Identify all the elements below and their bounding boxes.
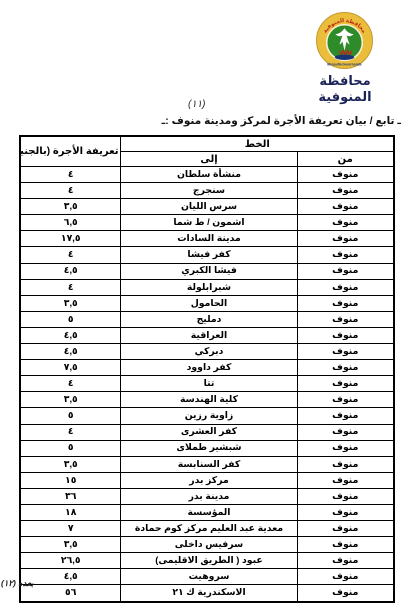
table-row: منوفمدينة السادات١٧,٥: [20, 231, 394, 247]
fare-cell: ١٧,٥: [20, 231, 121, 247]
fare-cell: ٣,٥: [20, 537, 121, 553]
from-cell: منوف: [297, 247, 394, 263]
to-cell: الاسكندرية ك ٢١: [121, 585, 297, 602]
table-row: منوفكفر السنابسة٣,٥: [20, 456, 394, 472]
governorate-emblem-icon: محافظة المنوفية Menoufia Governorate: [316, 12, 373, 69]
to-cell: سروهيت: [121, 569, 297, 585]
table-row: منوفاشمون / ط شما٦,٥: [20, 215, 394, 231]
table-header-row-1: الخط تعريفة الأجرة (بالجنيه): [20, 136, 394, 152]
header-fare: تعريفة الأجرة (بالجنيه): [20, 136, 121, 167]
to-cell: الحامول: [121, 295, 297, 311]
table-row: منوفمعدية عبد العليم مركز كوم حمادة٧: [20, 521, 394, 537]
fare-table: الخط تعريفة الأجرة (بالجنيه) من إلى منوف…: [19, 135, 395, 603]
menoufia-governorate-logo: محافظة المنوفية Menoufia Governorate: [316, 12, 373, 69]
from-cell: منوف: [297, 183, 394, 199]
to-cell: شبرابلولة: [121, 279, 297, 295]
to-cell: عبود ( الطريق الاقليمى): [121, 553, 297, 569]
fare-cell: ٣,٥: [20, 392, 121, 408]
fare-cell: ٣,٥: [20, 295, 121, 311]
fare-cell: ٤: [20, 424, 121, 440]
table-row: منوفالمؤسسة١٨: [20, 504, 394, 520]
header-from: من: [297, 152, 394, 167]
from-cell: منوف: [297, 215, 394, 231]
from-cell: منوف: [297, 167, 394, 183]
from-cell: منوف: [297, 392, 394, 408]
fare-cell: ٤: [20, 376, 121, 392]
table-row: منوفشبشير طملاى٥: [20, 440, 394, 456]
from-cell: منوف: [297, 360, 394, 376]
to-cell: دبركي: [121, 344, 297, 360]
to-cell: اشمون / ط شما: [121, 215, 297, 231]
fare-cell: ١٥: [20, 472, 121, 488]
to-cell: العراقية: [121, 327, 297, 343]
from-cell: منوف: [297, 569, 394, 585]
to-cell: زاوية رزين: [121, 408, 297, 424]
to-cell: كفر داوود: [121, 360, 297, 376]
fare-cell: ٧,٥: [20, 360, 121, 376]
governorate-title: محافظة المنوفية: [295, 73, 395, 105]
table-row: منوفكفر العشرى٤: [20, 424, 394, 440]
from-cell: منوف: [297, 199, 394, 215]
fare-cell: ٥: [20, 311, 121, 327]
from-cell: منوف: [297, 504, 394, 520]
from-cell: منوف: [297, 376, 394, 392]
from-cell: منوف: [297, 408, 394, 424]
to-cell: المؤسسة: [121, 504, 297, 520]
table-row: منوفدمليج٥: [20, 311, 394, 327]
table-row: منوفعبود ( الطريق الاقليمى)٢٦,٥: [20, 553, 394, 569]
from-cell: منوف: [297, 279, 394, 295]
table-row: منوفدبركي٤,٥: [20, 344, 394, 360]
fare-cell: ٤,٥: [20, 263, 121, 279]
fare-cell: ٤: [20, 279, 121, 295]
to-cell: كفر فيشا: [121, 247, 297, 263]
to-cell: مدينة بدر: [121, 488, 297, 504]
table-row: منوفالحامول٣,٥: [20, 295, 394, 311]
table-row: منوفالعراقية٤,٥: [20, 327, 394, 343]
table-caption: ـ تابع / بيان تعريفة الأجرة لمركز ومدينة…: [162, 115, 401, 127]
table-row: منوفشبرابلولة٤: [20, 279, 394, 295]
fare-cell: ٤: [20, 183, 121, 199]
fare-cell: ٥: [20, 440, 121, 456]
page-number: (١١): [188, 99, 205, 110]
to-cell: تتا: [121, 376, 297, 392]
from-cell: منوف: [297, 585, 394, 602]
fare-cell: ٤: [20, 247, 121, 263]
table-row: منوفزاوية رزين٥: [20, 408, 394, 424]
to-cell: مدينة السادات: [121, 231, 297, 247]
table-row: منوفسنجرج٤: [20, 183, 394, 199]
from-cell: منوف: [297, 456, 394, 472]
header-line: الخط: [121, 136, 394, 152]
from-cell: منوف: [297, 231, 394, 247]
continuation-note: بعده (١٢): [1, 578, 61, 589]
document-page: محافظة المنوفية Menoufia Governorate محا…: [0, 0, 413, 607]
table-row: منوفتتا٤: [20, 376, 394, 392]
to-cell: منشأة سلطان: [121, 167, 297, 183]
from-cell: منوف: [297, 488, 394, 504]
table-row: منوفمركز بدر١٥: [20, 472, 394, 488]
from-cell: منوف: [297, 472, 394, 488]
fare-cell: ٤: [20, 167, 121, 183]
to-cell: كفر العشرى: [121, 424, 297, 440]
to-cell: كلية الهندسة: [121, 392, 297, 408]
fare-cell: ٤,٥: [20, 327, 121, 343]
fare-cell: ٦,٥: [20, 215, 121, 231]
from-cell: منوف: [297, 263, 394, 279]
table-row: منوفالاسكندرية ك ٢١٥٦: [20, 585, 394, 602]
logo-caption: Menoufia Governorate: [327, 62, 362, 66]
to-cell: معدية عبد العليم مركز كوم حمادة: [121, 521, 297, 537]
from-cell: منوف: [297, 440, 394, 456]
base-shape-icon: [335, 55, 354, 60]
from-cell: منوف: [297, 295, 394, 311]
table-row: منوففيشا الكبري٤,٥: [20, 263, 394, 279]
from-cell: منوف: [297, 424, 394, 440]
to-cell: مركز بدر: [121, 472, 297, 488]
table-row: منوفمنشأة سلطان٤: [20, 167, 394, 183]
table-row: منوفسرس الليان٣,٥: [20, 199, 394, 215]
fare-cell: ١٨: [20, 504, 121, 520]
from-cell: منوف: [297, 311, 394, 327]
to-cell: شبشير طملاى: [121, 440, 297, 456]
from-cell: منوف: [297, 537, 394, 553]
fare-cell: ٣,٥: [20, 456, 121, 472]
to-cell: سرفيس داخلى: [121, 537, 297, 553]
from-cell: منوف: [297, 553, 394, 569]
table-row: منوفسروهيت٤,٥: [20, 569, 394, 585]
table-row: منوفمدينة بدر٣٦: [20, 488, 394, 504]
fare-cell: ٥: [20, 408, 121, 424]
fare-cell: ٣,٥: [20, 199, 121, 215]
from-cell: منوف: [297, 521, 394, 537]
to-cell: فيشا الكبري: [121, 263, 297, 279]
to-cell: سنجرج: [121, 183, 297, 199]
to-cell: سرس الليان: [121, 199, 297, 215]
table-row: منوفكفر داوود٧,٥: [20, 360, 394, 376]
fare-cell: ٤,٥: [20, 344, 121, 360]
table-row: منوفسرفيس داخلى٣,٥: [20, 537, 394, 553]
fare-cell: ٣٦: [20, 488, 121, 504]
from-cell: منوف: [297, 344, 394, 360]
to-cell: كفر السنابسة: [121, 456, 297, 472]
fare-cell: ٢٦,٥: [20, 553, 121, 569]
from-cell: منوف: [297, 327, 394, 343]
fare-cell: ٧: [20, 521, 121, 537]
table-row: منوفكفر فيشا٤: [20, 247, 394, 263]
header-to: إلى: [121, 152, 297, 167]
to-cell: دمليج: [121, 311, 297, 327]
table-row: منوفكلية الهندسة٣,٥: [20, 392, 394, 408]
